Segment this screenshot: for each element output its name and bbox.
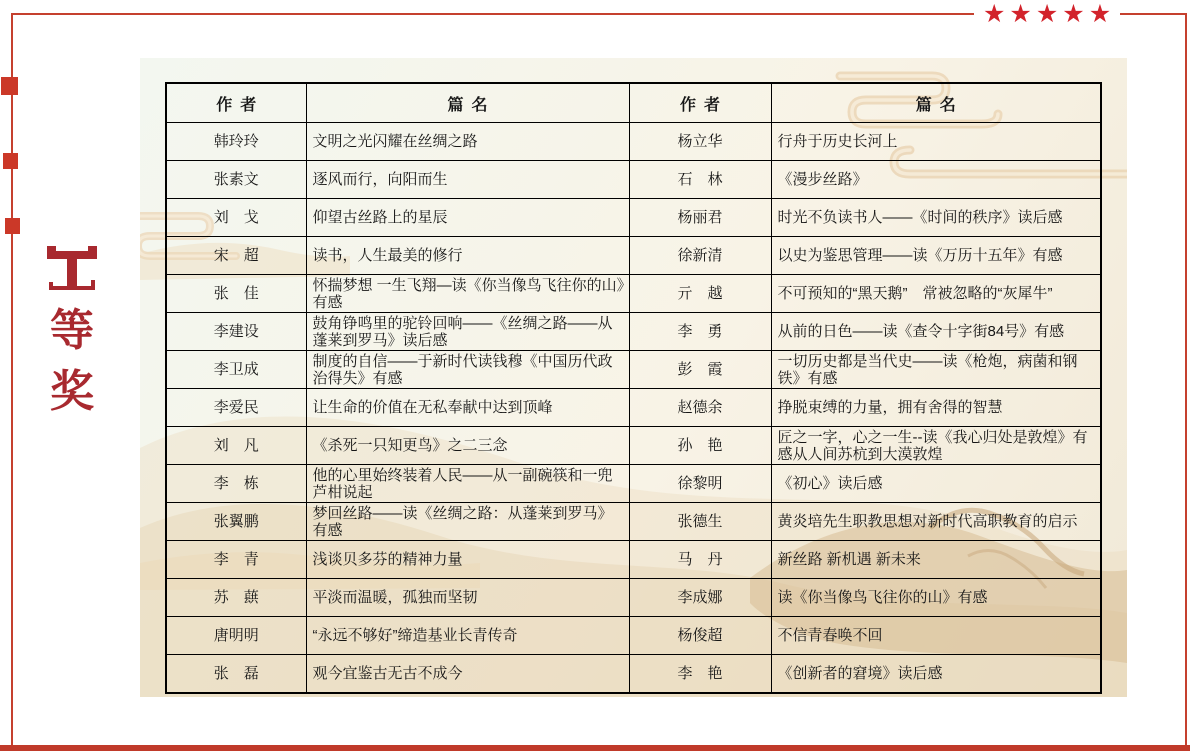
title-cell: 新丝路 新机遇 新未来: [771, 541, 1101, 579]
title-cell: 《漫步丝路》: [771, 161, 1101, 199]
author-cell: 杨俊超: [629, 617, 771, 655]
table-row: 刘 戈 仰望古丝路上的星辰 杨丽君 时光不负读书人——《时间的秩序》读后感: [166, 199, 1101, 237]
title-header: 篇名: [306, 83, 629, 123]
table-row: 韩玲玲 文明之光闪耀在丝绸之路 杨立华 行舟于历史长河上: [166, 123, 1101, 161]
title-cell: 《创新者的窘境》读后感: [771, 655, 1101, 694]
author-cell: 彭 霞: [629, 351, 771, 389]
title-cell: “永远不够好”缔造基业长青传奇: [306, 617, 629, 655]
author-cell: 李成娜: [629, 579, 771, 617]
author-cell: 李建设: [166, 313, 306, 351]
title-cell: 他的心里始终装着人民——从一副碗筷和一兜芦柑说起: [306, 465, 629, 503]
table-row: 李 青 浅谈贝多芬的精神力量 马 丹 新丝路 新机遇 新未来: [166, 541, 1101, 579]
author-cell: 石 林: [629, 161, 771, 199]
author-cell: 赵德余: [629, 389, 771, 427]
title-cell: 黄炎培先生职教思想对新时代高职教育的启示: [771, 503, 1101, 541]
author-cell: 李 青: [166, 541, 306, 579]
left-accent-square: [3, 153, 18, 169]
title-cell: 不信青春唤不回: [771, 617, 1101, 655]
author-cell: 马 丹: [629, 541, 771, 579]
title-cell: 仰望古丝路上的星辰: [306, 199, 629, 237]
award-slide: ★ ★ ★ ★ ★ 等 奖: [0, 0, 1190, 752]
author-cell: 张德生: [629, 503, 771, 541]
table-row: 张翼鹏 梦回丝路——读《丝绸之路：从蓬莱到罗马》有感 张德生 黄炎培先生职教思想…: [166, 503, 1101, 541]
title-cell: 《初心》读后感: [771, 465, 1101, 503]
title-cell: 挣脱束缚的力量，拥有舍得的智慧: [771, 389, 1101, 427]
star-icon: ★: [1089, 2, 1111, 27]
title-cell: 让生命的价值在无私奉献中达到顶峰: [306, 389, 629, 427]
title-cell: 文明之光闪耀在丝绸之路: [306, 123, 629, 161]
author-cell: 李卫成: [166, 351, 306, 389]
title-cell: 匠之一字，心之一生--读《我心归处是敦煌》有感从人间苏杭到大漠敦煌: [771, 427, 1101, 465]
left-accent-square: [1, 77, 18, 95]
award-char-yi-icon: [46, 246, 98, 292]
title-cell: 一切历史都是当代史——读《枪炮，病菌和钢铁》有感: [771, 351, 1101, 389]
author-cell: 苏 蕻: [166, 579, 306, 617]
title-header: 篇名: [771, 83, 1101, 123]
table-row: 张素文 逐风而行，向阳而生 石 林 《漫步丝路》: [166, 161, 1101, 199]
star-icon: ★: [983, 2, 1005, 27]
author-cell: 唐明明: [166, 617, 306, 655]
title-cell: 时光不负读书人——《时间的秩序》读后感: [771, 199, 1101, 237]
title-cell: 逐风而行，向阳而生: [306, 161, 629, 199]
table-row: 李卫成 制度的自信——于新时代读钱穆《中国历代政治得失》有感 彭 霞 一切历史都…: [166, 351, 1101, 389]
title-cell: 怀揣梦想 一生飞翔—读《你当像鸟飞往你的山》有感: [306, 275, 629, 313]
title-cell: 以史为鉴思管理——读《万历十五年》有感: [771, 237, 1101, 275]
author-cell: 宋 超: [166, 237, 306, 275]
table-row: 宋 超 读书，人生最美的修行 徐新清 以史为鉴思管理——读《万历十五年》有感: [166, 237, 1101, 275]
author-cell: 徐新清: [629, 237, 771, 275]
author-cell: 张 佳: [166, 275, 306, 313]
author-cell: 杨立华: [629, 123, 771, 161]
frame-border-right: [1185, 13, 1187, 747]
author-cell: 李 栋: [166, 465, 306, 503]
author-cell: 徐黎明: [629, 465, 771, 503]
title-cell: 制度的自信——于新时代读钱穆《中国历代政治得失》有感: [306, 351, 629, 389]
title-cell: 读《你当像鸟飞往你的山》有感: [771, 579, 1101, 617]
title-cell: 梦回丝路——读《丝绸之路：从蓬莱到罗马》有感: [306, 503, 629, 541]
award-winners-table: 作者 篇名 作者 篇名 韩玲玲 文明之光闪耀在丝绸之路 杨立华 行舟于历史长河上…: [165, 82, 1102, 694]
header-row: 作者 篇名 作者 篇名: [166, 83, 1101, 123]
content-panel: 作者 篇名 作者 篇名 韩玲玲 文明之光闪耀在丝绸之路 杨立华 行舟于历史长河上…: [140, 58, 1127, 697]
author-header: 作者: [166, 83, 306, 123]
title-cell: 不可预知的“黑天鹅” 常被忽略的“灰犀牛”: [771, 275, 1101, 313]
star-icon: ★: [1062, 2, 1084, 27]
table-row: 张 磊 观今宜鉴古无古不成今 李 艳 《创新者的窘境》读后感: [166, 655, 1101, 694]
author-cell: 刘 戈: [166, 199, 306, 237]
author-cell: 孙 艳: [629, 427, 771, 465]
author-cell: 李爱民: [166, 389, 306, 427]
award-char-deng: 等: [42, 309, 102, 353]
title-cell: 观今宜鉴古无古不成今: [306, 655, 629, 694]
author-cell: 张翼鹏: [166, 503, 306, 541]
title-cell: 鼓角铮鸣里的驼铃回响——《丝绸之路——从蓬莱到罗马》读后感: [306, 313, 629, 351]
table-row: 唐明明 “永远不够好”缔造基业长青传奇 杨俊超 不信青春唤不回: [166, 617, 1101, 655]
table-row: 张 佳 怀揣梦想 一生飞翔—读《你当像鸟飞往你的山》有感 亓 越 不可预知的“黑…: [166, 275, 1101, 313]
title-cell: 读书，人生最美的修行: [306, 237, 629, 275]
author-cell: 亓 越: [629, 275, 771, 313]
star-icon: ★: [1009, 2, 1031, 27]
author-cell: 杨丽君: [629, 199, 771, 237]
author-cell: 李 勇: [629, 313, 771, 351]
title-cell: 《杀死一只知更鸟》之二三念: [306, 427, 629, 465]
author-cell: 张素文: [166, 161, 306, 199]
author-header: 作者: [629, 83, 771, 123]
star-row: ★ ★ ★ ★ ★: [974, 0, 1120, 29]
title-cell: 行舟于历史长河上: [771, 123, 1101, 161]
table-row: 李 栋 他的心里始终装着人民——从一副碗筷和一兜芦柑说起 徐黎明 《初心》读后感: [166, 465, 1101, 503]
frame-border-left: [11, 13, 13, 747]
author-cell: 李 艳: [629, 655, 771, 694]
title-cell: 从前的日色——读《查令十字街84号》有感: [771, 313, 1101, 351]
author-cell: 刘 凡: [166, 427, 306, 465]
star-icon: ★: [1036, 2, 1058, 27]
table-row: 李建设 鼓角铮鸣里的驼铃回响——《丝绸之路——从蓬莱到罗马》读后感 李 勇 从前…: [166, 313, 1101, 351]
table-row: 李爱民 让生命的价值在无私奉献中达到顶峰 赵德余 挣脱束缚的力量，拥有舍得的智慧: [166, 389, 1101, 427]
left-accent-square: [5, 218, 20, 234]
award-char-jiang: 奖: [42, 370, 102, 414]
bottom-red-bar: [0, 745, 1190, 751]
award-level-label: 等 奖: [42, 246, 102, 414]
author-cell: 张 磊: [166, 655, 306, 694]
table-row: 刘 凡 《杀死一只知更鸟》之二三念 孙 艳 匠之一字，心之一生--读《我心归处是…: [166, 427, 1101, 465]
author-cell: 韩玲玲: [166, 123, 306, 161]
title-cell: 平淡而温暖，孤独而坚韧: [306, 579, 629, 617]
title-cell: 浅谈贝多芬的精神力量: [306, 541, 629, 579]
table-row: 苏 蕻 平淡而温暖，孤独而坚韧 李成娜 读《你当像鸟飞往你的山》有感: [166, 579, 1101, 617]
